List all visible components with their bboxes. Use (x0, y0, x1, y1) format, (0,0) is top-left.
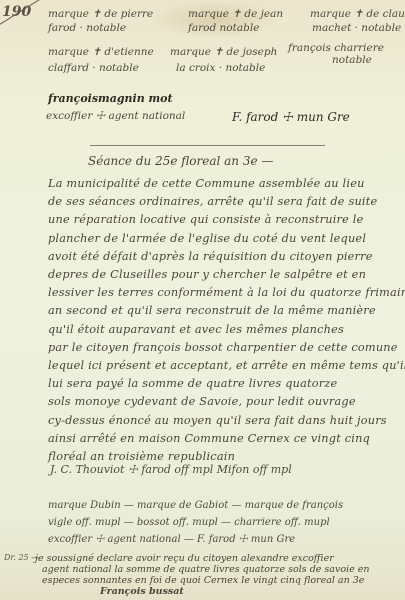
body-line: lessiver les terres conformément à la lo… (48, 286, 405, 299)
mark-line: notable (332, 54, 372, 66)
body-line: La municipalité de cette Commune assembl… (48, 177, 365, 190)
mark-line: marque Dubin — marque de Gabiot — marque… (48, 500, 343, 511)
mark-line: marque ✝ de claude (310, 8, 405, 20)
mark-line: la croix · notable (176, 62, 265, 74)
section-divider (90, 145, 325, 146)
body-line: ainsi arrêté en maison Commune Cernex ce… (48, 432, 370, 445)
session-heading: Séance du 25e floreal an 3e — (88, 154, 273, 168)
signature-bussat: François bussat (100, 586, 184, 597)
body-line: depres de Cluseilles pour y chercher le … (48, 268, 366, 281)
mark-line: vigle off. mupl — bossot off. mupl — cha… (48, 517, 330, 528)
receipt-line: je soussigné declare avoir reçu du citoy… (35, 553, 334, 564)
body-line: qu'il étoit auparavant et avec les mêmes… (48, 323, 344, 336)
body-line: lui sera payé la somme de quatre livres … (48, 377, 337, 390)
receipt-line: especes sonnantes en foi de quoi Cernex … (42, 575, 364, 586)
body-line: plancher de l'armée de l'eglise du coté … (48, 232, 366, 245)
body-line: avoit été défait d'après la réquisition … (48, 250, 373, 263)
mark-line: marque ✝ d'etienne (48, 46, 154, 58)
body-line: sols monoye cydevant de Savoie, pour led… (48, 395, 356, 408)
signature-magnin: françoismagnin mot (48, 92, 173, 105)
mark-line: machet · notable (312, 22, 401, 34)
paper-stain (150, 0, 280, 40)
body-line: an second et qu'il sera reconstruit de l… (48, 304, 376, 317)
body-line: lequel ici présent et acceptant, et arrê… (48, 359, 405, 372)
mark-line: françois charriere (288, 42, 384, 54)
signature-farod: F. farod ☩ mun Gre (232, 110, 350, 124)
receipt-line: agent national la somme de quatre livres… (42, 564, 369, 575)
mark-line: marque ✝ de pierre (48, 8, 153, 20)
mark-line: farod · notable (48, 22, 126, 34)
body-line: cy-dessus énoncé au moyen qu'il sera fai… (48, 414, 387, 427)
body-line: une réparation locative qui consiste à r… (48, 213, 363, 226)
body-line: par le citoyen françois bossot charpenti… (48, 341, 398, 354)
mark-line: farod notable (188, 22, 259, 34)
mark-line: marque ✝ de jean (188, 8, 283, 20)
mark-line: marque ✝ de joseph (170, 46, 277, 58)
margin-note: Dr. 25 — (4, 553, 39, 562)
signature-excoffier: excoffier ☩ agent national (46, 110, 185, 122)
page-number: 190 (2, 4, 31, 20)
signatures-officers: J. C. Thouviot ☩ farod off mpl Mifon off… (50, 463, 292, 476)
body-line: floréal an troisième republicain (48, 450, 235, 463)
body-line: de ses séances ordinaires, arrête qu'il … (48, 195, 377, 208)
mark-line: excoffier ☩ agent national — F. farod ☩ … (48, 534, 295, 545)
mark-line: claffard · notable (48, 62, 139, 74)
